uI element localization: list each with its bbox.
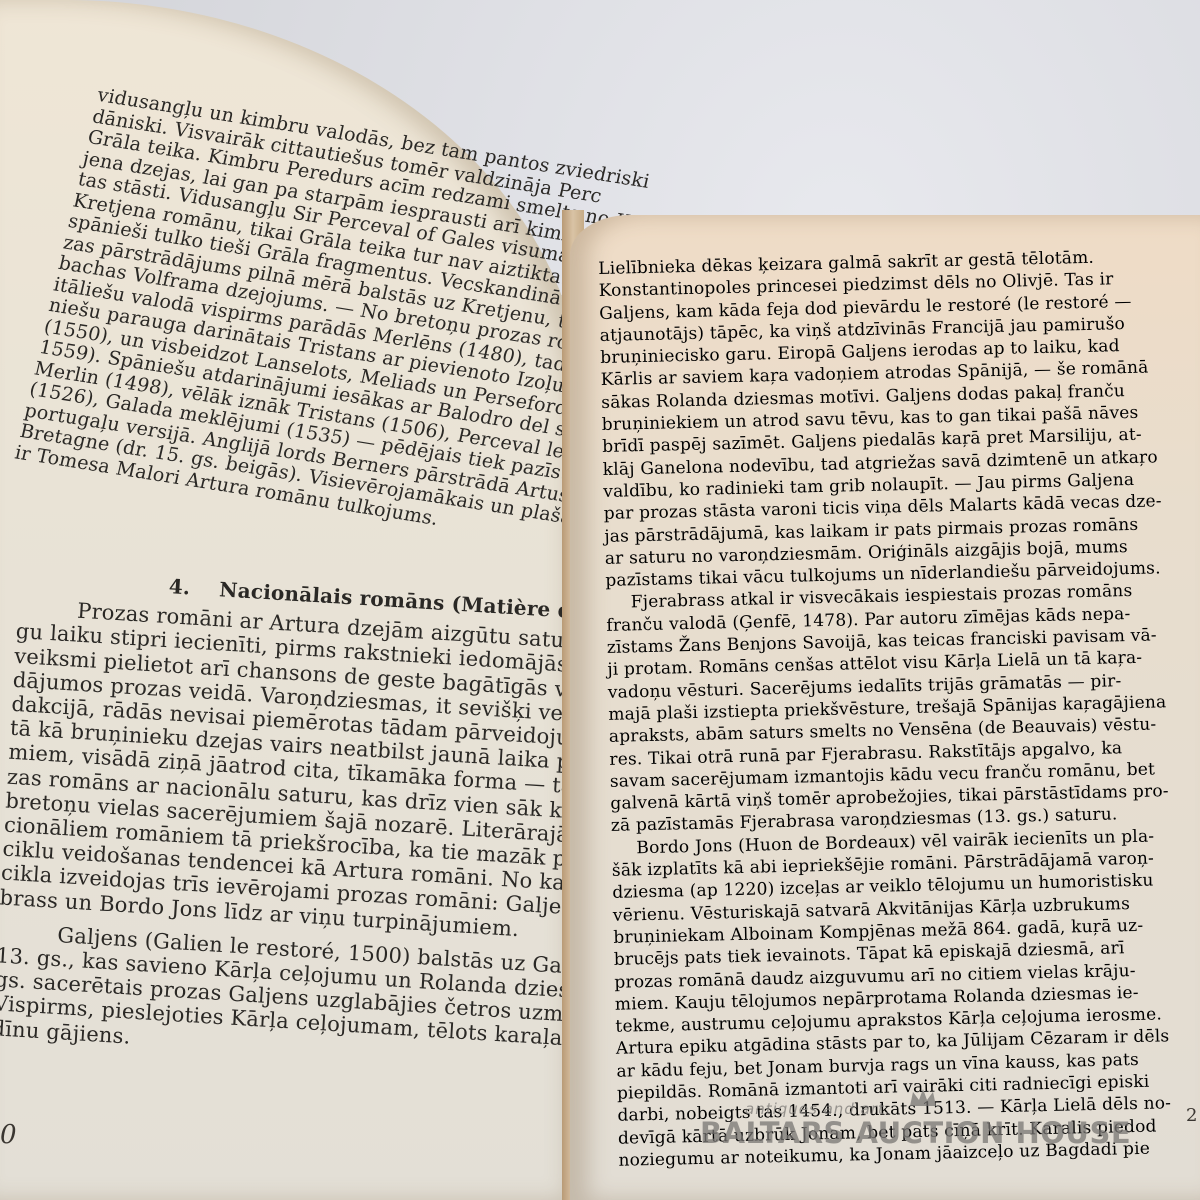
left-page: vidusangļu un kimbru valodās, bez tam pa… (0, 0, 585, 1200)
right-page-text: Lielībnieka dēkas ķeizara galmā sakrīt a… (598, 245, 1177, 1172)
left-page-number: 0 (0, 1120, 17, 1150)
section-number: 4. (168, 574, 191, 599)
right-page-number: 2 (1186, 1105, 1197, 1126)
watermark-title: BALTARS AUCTION HOUSE (700, 1116, 1150, 1150)
watermark: antiques and art. BALTARS AUCTION HOUSE (700, 1100, 1150, 1150)
